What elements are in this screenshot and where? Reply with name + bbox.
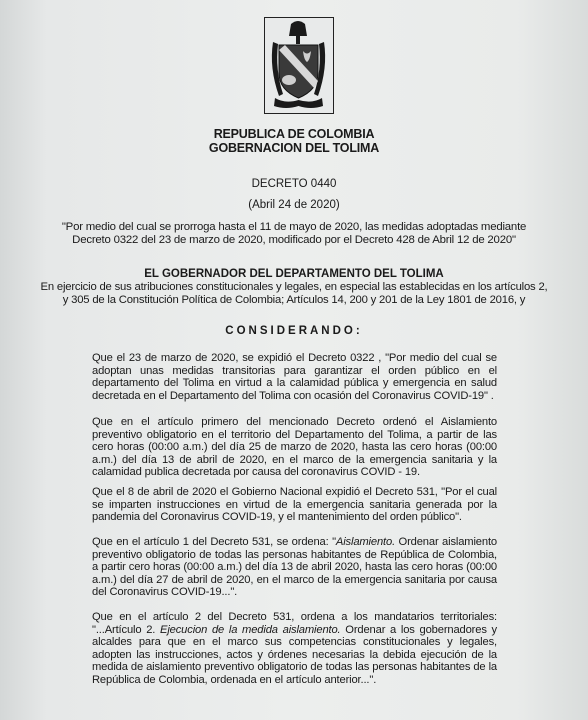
authority-heading: EL GOBERNADOR DEL DEPARTAMENTO DEL TOLIM… bbox=[0, 268, 588, 281]
considerando-paragraph: Que en el artículo 2 del Decreto 531, or… bbox=[92, 611, 497, 687]
considerando-paragraph: Que en el artículo primero del mencionad… bbox=[92, 416, 497, 479]
paragraph-text: Que en el artículo 1 del Decreto 531, se… bbox=[92, 536, 336, 548]
paragraph-italic: Ejecucion de la medida aislamiento. bbox=[160, 624, 341, 636]
government-line: GOBERNACION DEL TOLIMA bbox=[0, 141, 588, 155]
considerando-paragraph: Que el 8 de abril de 2020 el Gobierno Na… bbox=[92, 486, 497, 524]
republic-line: REPUBLICA DE COLOMBIA bbox=[0, 127, 588, 141]
tolima-coat-of-arms-icon bbox=[264, 17, 334, 114]
decree-number: DECRETO 0440 bbox=[0, 178, 588, 190]
decree-date: (Abril 24 de 2020) bbox=[0, 199, 588, 211]
considerando-paragraph: Que el 23 de marzo de 2020, se expidió e… bbox=[92, 352, 497, 402]
letterhead: REPUBLICA DE COLOMBIA GOBERNACION DEL TO… bbox=[0, 127, 588, 155]
considerando-heading: CONSIDERANDO: bbox=[0, 325, 588, 337]
authority-text: En ejercicio de sus atribuciones constit… bbox=[0, 281, 588, 307]
decree-title: "Por medio del cual se prorroga hasta el… bbox=[0, 221, 588, 247]
paragraph-italic: Aislamiento. bbox=[336, 536, 395, 548]
considerando-paragraph: Que en el artículo 1 del Decreto 531, se… bbox=[92, 536, 497, 599]
document-page: REPUBLICA DE COLOMBIA GOBERNACION DEL TO… bbox=[0, 0, 588, 720]
